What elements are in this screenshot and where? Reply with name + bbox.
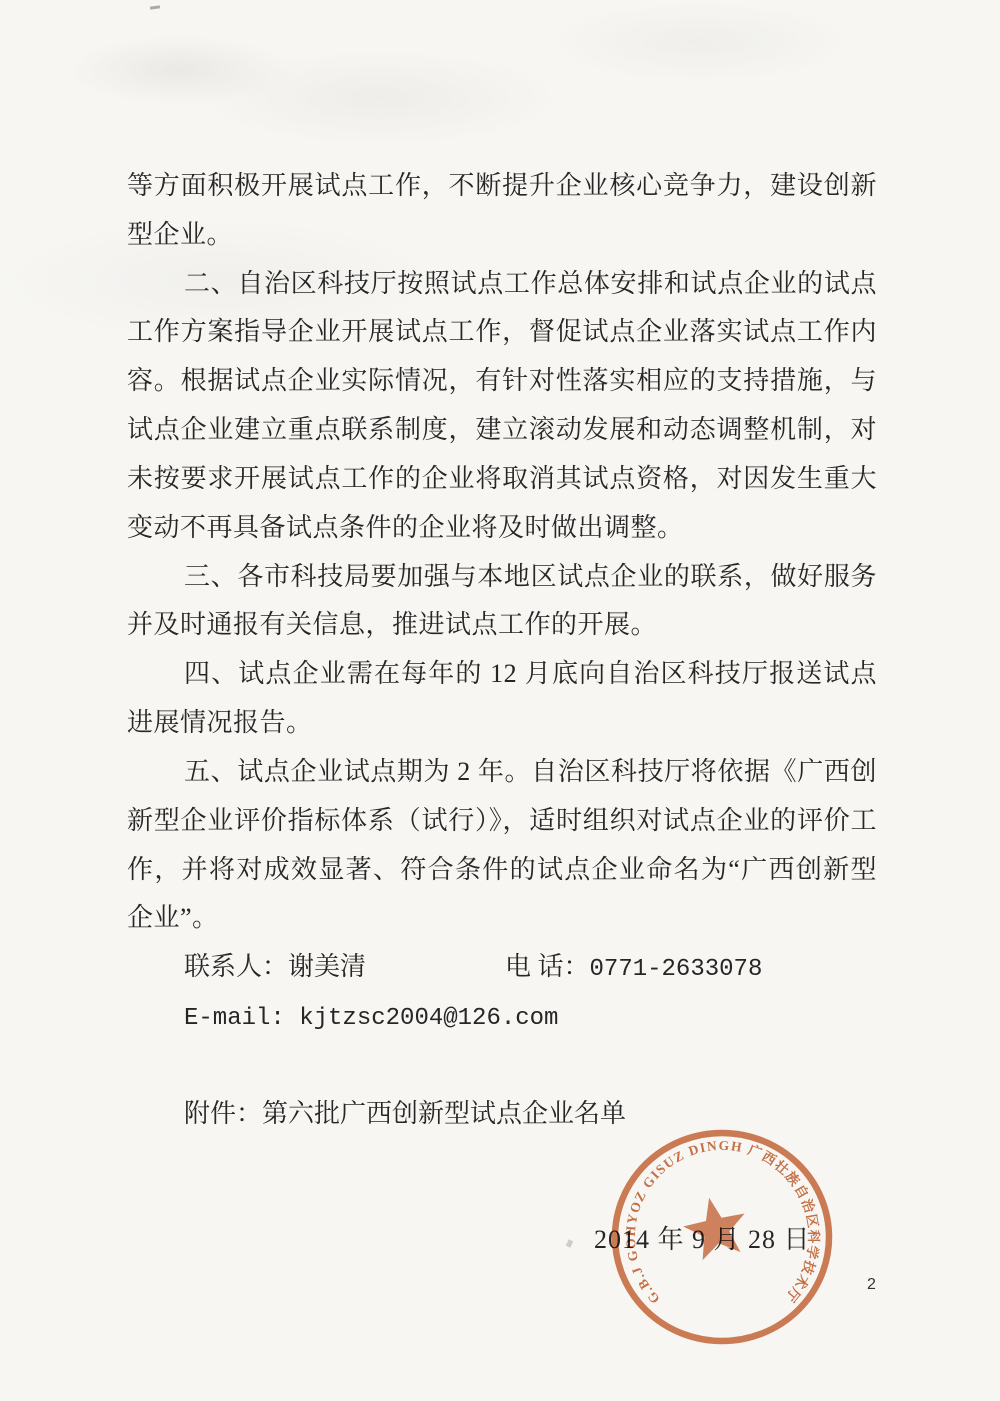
body-line: 型企业。 [127, 211, 877, 260]
contact-row: 联系人：谢美清 电 话：0771-2633078 [127, 943, 877, 992]
attachment-note: 附件：第六批广西创新型试点企业名单 [127, 1099, 626, 1128]
body-line: 四、试点企业需在每年的 12 月底向自治区科技厅报送试点 [127, 650, 877, 699]
phone-number: 0771-2633078 [590, 956, 763, 983]
body-line: 作，并将对成效显著、符合条件的试点企业命名为“广西创新型 [127, 846, 877, 895]
scan-speck [566, 1239, 573, 1247]
scanned-document-page: { "page": { "background": "#f7f6f3", "in… [0, 0, 1000, 1401]
document-body: 等方面积极开展试点工作，不断提升企业核心竞争力，建设创新 型企业。 二、自治区科… [127, 162, 877, 1139]
blank-line [127, 1041, 877, 1090]
contact-phone: 电 话：0771-2633078 [505, 943, 762, 995]
seal-star-icon [683, 1198, 744, 1260]
official-seal-stamp: G.B.J GOHYOZ GISUZ DINGH 广西壮族自治区科学技术厅 [600, 1118, 850, 1368]
body-line: 企业”。 [127, 894, 877, 943]
scan-speck [150, 5, 160, 9]
phone-label: 电 话： [505, 952, 590, 981]
body-line: 进展情况报告。 [127, 699, 877, 748]
contact-person: 联系人：谢美清 [127, 952, 366, 981]
page-number: 2 [867, 1276, 876, 1294]
body-line: 三、各市科技局要加强与本地区试点企业的联系，做好服务 [127, 553, 877, 602]
body-line: 试点企业建立重点联系制度，建立滚动发展和动态调整机制，对 [127, 406, 877, 455]
email-row: E-mail: kjtzsc2004@126.com [127, 992, 877, 1041]
body-line: 变动不再具备试点条件的企业将及时做出调整。 [127, 504, 877, 553]
body-line: 工作方案指导企业开展试点工作，督促试点企业落实试点工作内 [127, 308, 877, 357]
body-line: 等方面积极开展试点工作，不断提升企业核心竞争力，建设创新 [127, 162, 877, 211]
contact-email: E-mail: kjtzsc2004@126.com [127, 1005, 558, 1032]
body-line: 并及时通报有关信息，推进试点工作的开展。 [127, 601, 877, 650]
body-line: 二、自治区科技厅按照试点工作总体安排和试点企业的试点 [127, 260, 877, 309]
body-line: 未按要求开展试点工作的企业将取消其试点资格，对因发生重大 [127, 455, 877, 504]
body-line: 五、试点企业试点期为 2 年。自治区科技厅将依据《广西创 [127, 748, 877, 797]
body-line: 容。根据试点企业实际情况，有针对性落实相应的支持措施，与 [127, 357, 877, 406]
body-line: 新型企业评价指标体系（试行）》，适时组织对试点企业的评价工 [127, 797, 877, 846]
